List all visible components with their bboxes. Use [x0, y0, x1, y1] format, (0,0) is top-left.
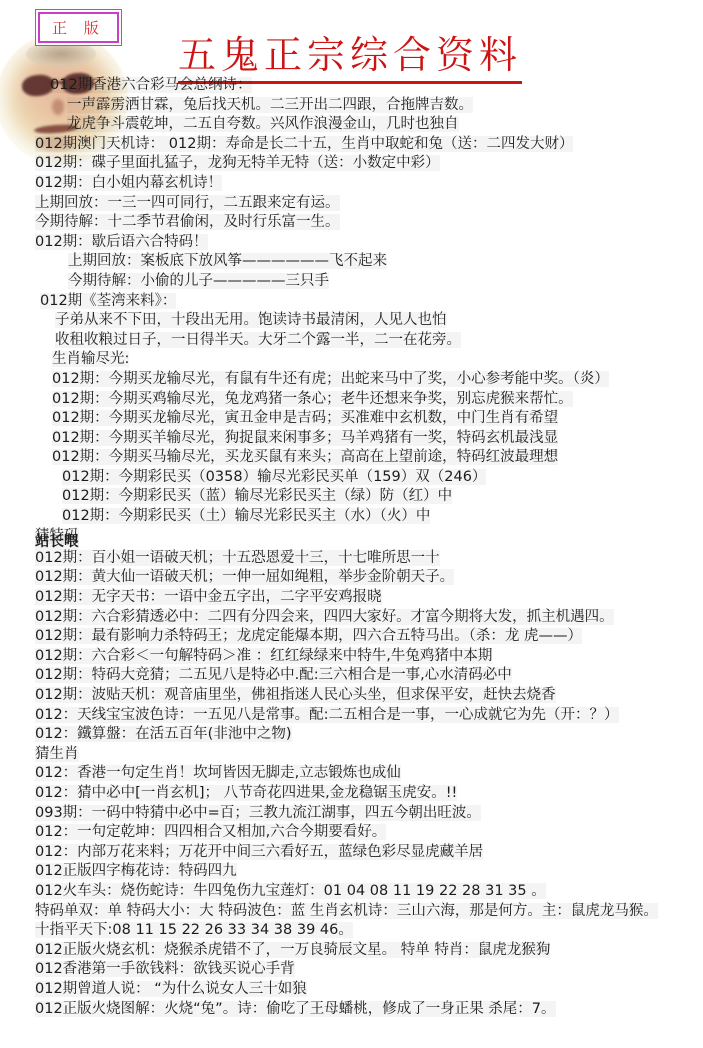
text-line: 今期待解：小偷的儿子—————三只手	[0, 272, 703, 292]
text-line: 012：香港一句定生肖！坎坷皆因无脚走,立志锻炼也成仙	[0, 764, 703, 784]
text-line: 十指平天下:08 11 15 22 26 33 34 38 39 46。	[0, 921, 703, 941]
text-line: 上期回放：案板底下放风筝——————飞不起来	[0, 252, 703, 272]
section-header-quanwan: 012期《荃湾来料》：	[0, 292, 703, 312]
text-line: 012期：歇后语六合特码！	[0, 233, 703, 253]
text-line: 012期：无字天书：一语中金五字出，二字平安鸡报晓	[0, 588, 703, 608]
section-header-shujinguang: 生肖输尽光:	[0, 350, 703, 370]
text-line: 一声霹雳洒甘霖，兔后找天机。二三开出二四跟，合拖牌吉数。	[0, 96, 703, 116]
text-line: 012期：今期买马输尽光，买龙买鼠有来头；高高在上望前途，特码红波最理想	[0, 448, 703, 468]
text-line: 012：一句定乾坤：四四相合又相加,六合今期要看好。	[0, 823, 703, 843]
text-line: 012：猜中必中[一肖玄机]； 八节奇花四进果,金龙稳锯玉虎安。!!	[0, 784, 703, 804]
section-header-cai-shengxiao: 猜生肖	[0, 745, 703, 765]
text-line: 012期：白小姐内幕玄机诗！	[0, 174, 703, 194]
text-line: 012期：今期买羊输尽光，狗捉鼠来闲事多；马羊鸡猪有一奖，特码玄机最浅显	[0, 429, 703, 449]
content-lines: 012期香港六合彩马会总纲诗：一声霹雳洒甘霖，兔后找天机。二三开出二四跟，合拖牌…	[0, 76, 703, 1019]
text-line: 012期：六合彩猜透必中：二四有分四会来，四四大家好。才富今期将大发，抓主机遇四…	[0, 608, 703, 628]
text-line: 特码单双：单 特码大小：大 特码波色：蓝 生肖玄机诗：三山六海，那是何方。主：鼠…	[0, 902, 703, 922]
text-line: 龙虎争斗震乾坤，二五自夸数。兴风作浪漫金山，几时也独自	[0, 115, 703, 135]
text-line: 012：鐵算盤：在活五百年(非池中之物)	[0, 725, 703, 745]
text-line: 012期：波贴天机：观音庙里坐，佛祖指迷人民心头坐，但求保平安，赶快去烧香	[0, 686, 703, 706]
text-line: 012火车头：烧伤蛇诗：牛四兔伤九宝莲灯：01 04 08 11 19 22 2…	[0, 882, 703, 902]
text-line: 012期：今期彩民买（土）输尽光彩民买主（水）（火）中	[0, 507, 703, 527]
text-line: 012正版火烧玄机：烧猴杀虎错不了，一万良骑辰文星。 特单 特肖：鼠虎龙猴狗	[0, 941, 703, 961]
text-line: 012期：今期彩民买（蓝）输尽光彩民买主（绿）防（红）中	[0, 487, 703, 507]
text-line: 子弟从来不下田，十段出无用。饱读诗书最清闲，人见人也怕	[0, 311, 703, 331]
text-line: 012期：黄大仙一语破天机；一伸一屈如绳粗，举步金阶朝天子。	[0, 568, 703, 588]
text-line: 012期：今期彩民买（0358）输尽光彩民买单（159）双（246）	[0, 468, 703, 488]
text-line: 012期澳门天机诗： 012期：寿命是长二十五，生肖中取蛇和兔（送：二四发大财）	[0, 135, 703, 155]
text-line: 012期：百小姐一语破天机；十五恐恩爱十三，十七唯所思一十	[0, 549, 703, 569]
text-line: 012期：六合彩＜一句解特码＞准 ：红红绿绿来中特牛,牛兔鸡猪中本期	[0, 647, 703, 667]
page-title: 五鬼正宗综合资料	[178, 24, 522, 84]
zhengban-badge: 正 版	[35, 9, 122, 46]
text-line: 收租收粮过日子，一日得半天。大牙二个露一半，二一在花旁。	[0, 331, 703, 351]
section-header-zonggangshi: 012期香港六合彩马会总纲诗：	[0, 76, 703, 96]
text-line: 093期：一码中特猜中必中=百；三教九流江湖事，四五今朝出旺波。	[0, 804, 703, 824]
text-line: 012期：今期买鸡输尽光，兔龙鸡猪一条心；老牛还想来争奖，别忘虎猴来帮忙。	[0, 390, 703, 410]
zhengban-badge-label: 正 版	[38, 12, 119, 43]
text-line: 012期：今期买龙输尽光，有鼠有牛还有虎；出蛇来马中了奖，小心参考能中奖。（炎）	[0, 370, 703, 390]
text-line: 上期回放：一三一四可同行，二五跟来定有运。	[0, 194, 703, 214]
text-line: 012期：特码大竞猜；二五见八是特必中.配:三六相合是一事,心水清码必中	[0, 666, 703, 686]
text-line: 012期：今期买龙输尽光，寅丑金申是吉码；买准难中玄机数，中门生肖有希望	[0, 409, 703, 429]
text-line: 012期曾道人说： “为什么说女人三十如狼	[0, 980, 703, 1000]
text-line: 012期：碟子里面扎猛子，龙狗无特羊无特（送：小数定中彩）	[0, 154, 703, 174]
text-line: 012正版四字梅花诗：特码四九	[0, 862, 703, 882]
text-line: 012期：最有影响力杀特码王；龙虎定能爆本期，四六合五特马出。（杀：龙 虎——）	[0, 627, 703, 647]
text-line: 012：内部万花来料；万花开中间三六看好五，蓝绿色彩尽显虎藏羊居	[0, 843, 703, 863]
text-line: 012香港第一手欲钱料：欲钱买说心手背	[0, 960, 703, 980]
text-line: 012正版火烧图解：火烧“兔”。诗：偷吃了王母蟠桃，修成了一身正果 杀尾：7。	[0, 1000, 703, 1020]
text-line: 今期待解：十二季节君偷闲，及时行乐富一生。	[0, 213, 703, 233]
text-line: 012：天线宝宝波色诗：一五见八是常事。配:二五相合是一事，一心成就它为先（开：…	[0, 706, 703, 726]
